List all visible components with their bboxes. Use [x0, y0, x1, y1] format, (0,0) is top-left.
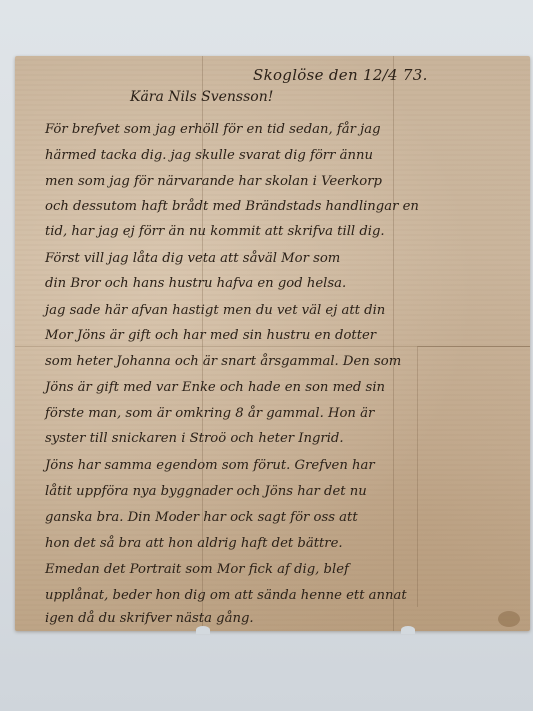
letter-line: låtit uppföra nya byggnader och Jöns har… [45, 484, 367, 499]
letter-line: din Bror och hans hustru hafva en god he… [45, 276, 346, 291]
letter-line: ganska bra. Din Moder har ock sagt för o… [45, 510, 358, 525]
letter-text: Skoglöse den 12/4 73. Kära Nils Svensson… [15, 56, 530, 631]
letter-paper: Skoglöse den 12/4 73. Kära Nils Svensson… [15, 56, 530, 631]
letter-line: förste man, som är omkring 8 år gammal. … [45, 406, 374, 421]
letter-line: men som jag för närvarande har skolan i … [45, 174, 382, 189]
letter-line: Jöns är gift med var Enke och hade en so… [45, 380, 385, 395]
letter-line: hon det så bra att hon aldrig haft det b… [45, 536, 343, 551]
letter-line: För brefvet som jag erhöll för en tid se… [45, 122, 381, 137]
letter-salutation: Kära Nils Svensson! [130, 89, 273, 105]
letter-line: härmed tacka dig. jag skulle svarat dig … [45, 148, 373, 163]
letter-line: Emedan det Portrait som Mor fick af dig,… [45, 562, 349, 577]
letter-line: och dessutom haft brådt med Brändstads h… [45, 199, 419, 214]
letter-dateline: Skoglöse den 12/4 73. [253, 66, 428, 84]
letter-line: upplånat, beder hon dig om att sända hen… [45, 588, 407, 603]
letter-line: Mor Jöns är gift och har med sin hustru … [45, 328, 376, 343]
letter-line: jag sade här afvan hastigt men du vet vä… [45, 303, 385, 318]
letter-line: som heter Johanna och är snart årsgammal… [45, 354, 401, 369]
letter-line: syster till snickaren i Stroö och heter … [45, 431, 344, 446]
letter-line: Först vill jag låta dig veta att såväl M… [45, 251, 340, 266]
letter-line: igen då du skrifver nästa gång. [45, 611, 254, 626]
letter-line: tid, har jag ej förr än nu kommit att sk… [45, 224, 385, 239]
letter-line: Jöns har samma egendom som förut. Grefve… [45, 458, 375, 473]
